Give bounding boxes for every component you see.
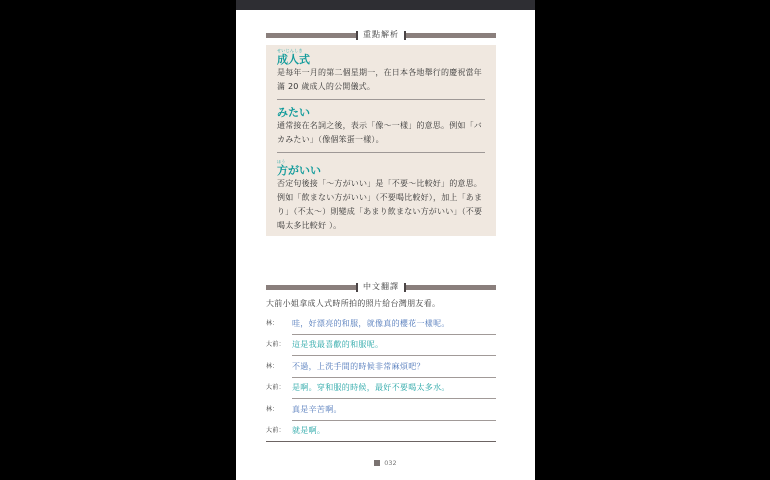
header-bar-right [406, 285, 496, 290]
utterance: 真是辛苦啊。 [292, 399, 342, 420]
translation-intro: 大前小姐拿成人式時所拍的照片給台灣朋友看。 [266, 298, 501, 310]
utterance: 哇，好漂亮的和服，就像真的櫻花一樣呢。 [292, 313, 450, 334]
speaker-label: 大前： [266, 377, 290, 398]
term-hougaii: ほう 方がいい 否定句後接「～方がいい」是「不要～比較好」的意思。例如「飲まない… [277, 159, 485, 233]
header-bar-left [266, 33, 356, 38]
header-bar-right [406, 33, 496, 38]
page-marker-icon [374, 460, 380, 466]
page-footer: 032 [236, 459, 535, 467]
speaker-label: 林： [266, 313, 290, 334]
utterance: 是啊。穿和服的時候，最好不要喝太多水。 [292, 377, 450, 398]
utterance: 就是啊。 [292, 420, 325, 441]
term-title: みたい [277, 106, 485, 119]
term-mitai: みたい 通常接在名詞之後，表示「像～一樣」的意思。例如「バカみたい」（像個笨蛋一… [277, 106, 485, 147]
dialogue-line: 林： 不過，上洗手間的時候非常麻煩吧？ [292, 356, 496, 378]
utterance: 這是我最喜歡的和服呢。 [292, 334, 383, 355]
page-number: 032 [384, 459, 396, 467]
dialogue-line: 林： 哇，好漂亮的和服，就像真的櫻花一樣呢。 [292, 313, 496, 335]
dialogue-line: 大前： 這是我最喜歡的和服呢。 [292, 335, 496, 357]
speaker-label: 大前： [266, 420, 290, 441]
notes-box: せいじんしき 成人式 是每年一月的第二個星期一，在日本各地舉行的慶祝當年滿 20… [266, 45, 496, 236]
term-body: 否定句後接「～方がいい」是「不要～比較好」的意思。例如「飲まない方がいい」（不要… [277, 177, 485, 233]
notes-section-title: 重點解析 [358, 30, 404, 40]
notes-section-header: 重點解析 [266, 30, 496, 40]
speaker-label: 大前： [266, 334, 290, 355]
dialogue-line: 大前： 就是啊。 [266, 421, 496, 443]
utterance: 不過，上洗手間的時候非常麻煩吧？ [292, 356, 425, 377]
term-body: 是每年一月的第二個星期一，在日本各地舉行的慶祝當年滿 20 歲成人的公開儀式。 [277, 66, 485, 94]
term-title: 方がいい [277, 164, 485, 177]
term-title: 成人式 [277, 53, 485, 66]
speaker-label: 林： [266, 356, 290, 377]
dialogue-list: 林： 哇，好漂亮的和服，就像真的櫻花一樣呢。 大前： 這是我最喜歡的和服呢。 林… [266, 313, 496, 442]
term-body: 通常接在名詞之後，表示「像～一樣」的意思。例如「バカみたい」（像個笨蛋一樣）。 [277, 119, 485, 147]
book-page: 重點解析 せいじんしき 成人式 是每年一月的第二個星期一，在日本各地舉行的慶祝當… [236, 0, 535, 480]
term-divider [277, 152, 485, 153]
translation-section-title: 中文翻譯 [358, 282, 404, 292]
speaker-label: 林： [266, 399, 290, 420]
translation-section-header: 中文翻譯 [266, 282, 496, 292]
dialogue-line: 林： 真是辛苦啊。 [292, 399, 496, 421]
top-bar [236, 0, 535, 10]
dialogue-line: 大前： 是啊。穿和服的時候，最好不要喝太多水。 [292, 378, 496, 400]
term-seijinshiki: せいじんしき 成人式 是每年一月的第二個星期一，在日本各地舉行的慶祝當年滿 20… [277, 48, 485, 94]
term-divider [277, 99, 485, 100]
header-bar-left [266, 285, 356, 290]
